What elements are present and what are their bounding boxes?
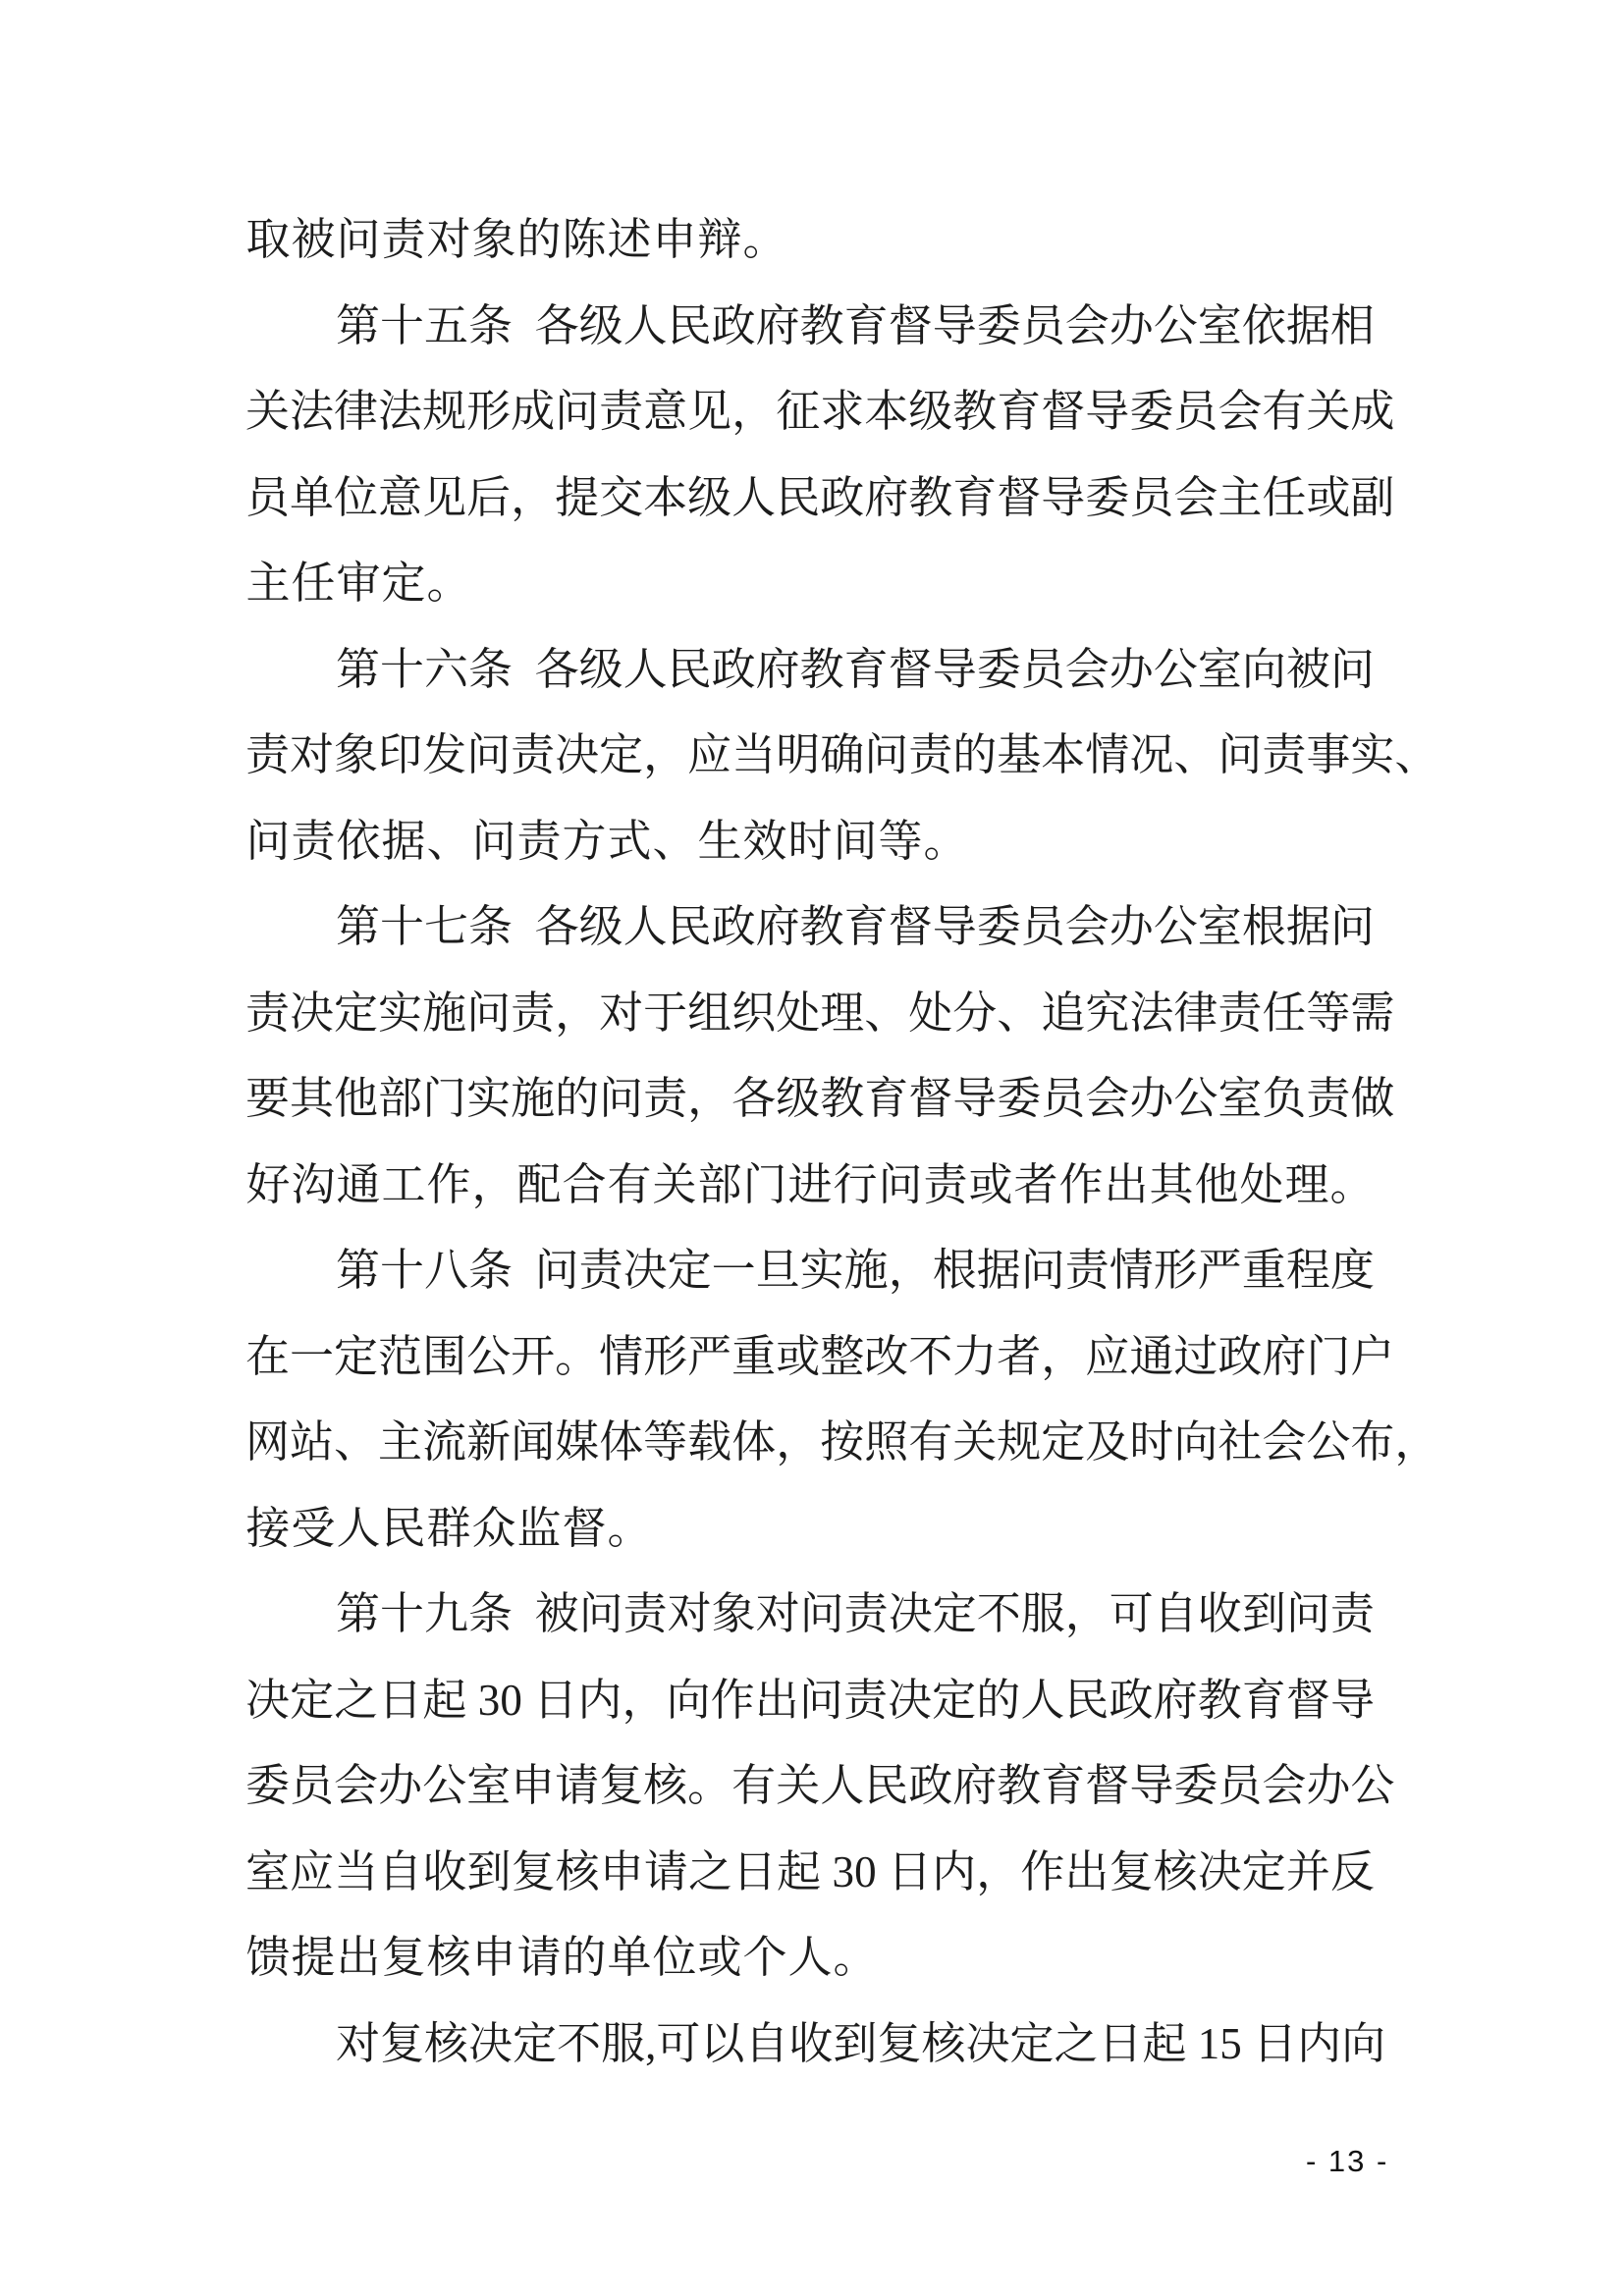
glyph: 问 — [466, 733, 511, 777]
glyph: 决 — [1198, 1850, 1242, 1895]
glyph: 审 — [336, 561, 381, 606]
glyph: 决 — [245, 1679, 290, 1723]
glyph: 委 — [1085, 476, 1129, 520]
glyph: 民 — [776, 476, 820, 520]
glyph: 自 — [744, 2022, 788, 2066]
glyph: 民 — [668, 648, 712, 692]
glyph: 问 — [579, 1592, 623, 1636]
glyph: 问 — [245, 820, 291, 864]
glyph: 向 — [1341, 2022, 1385, 2066]
glyph: 处 — [1239, 1163, 1284, 1207]
glyph: 对 — [426, 218, 471, 262]
glyph: 可 — [1110, 1592, 1154, 1636]
glyph: 取 — [245, 218, 291, 262]
glyph: 八 — [424, 1249, 468, 1293]
glyph: 等 — [1306, 991, 1350, 1036]
glyph: 意 — [378, 476, 422, 520]
glyph: 配 — [516, 1163, 562, 1207]
glyph: 府 — [756, 304, 800, 348]
glyph: 据 — [1286, 304, 1330, 348]
glyph: 作 — [1020, 1850, 1064, 1895]
glyph: 收 — [788, 2022, 833, 2066]
glyph: 有 — [731, 1764, 776, 1808]
glyph: 育 — [864, 1077, 908, 1121]
glyph: ， — [622, 1679, 666, 1723]
glyph: 府 — [756, 648, 800, 692]
glyph: 作 — [1058, 1163, 1104, 1207]
glyph: 人 — [731, 476, 776, 520]
glyph: 府 — [1154, 1679, 1198, 1723]
text-line: 委员会办公室申请复核。有关人民政府教育督导委员会办公 — [245, 1743, 1375, 1830]
glyph: 实 — [800, 1249, 844, 1293]
glyph: 定 — [290, 1679, 334, 1723]
text-line: 第十六条 各级人民政府教育督导委员会办公室向被问 — [245, 627, 1375, 714]
glyph: 依 — [336, 820, 381, 864]
glyph: 应 — [1085, 1335, 1129, 1379]
glyph: 核 — [426, 1936, 471, 1980]
glyph: 负 — [1262, 1077, 1306, 1121]
glyph: 民 — [668, 304, 712, 348]
glyph: 条 — [468, 304, 513, 348]
glyph: 据 — [1286, 905, 1330, 949]
glyph: 之 — [688, 1850, 732, 1895]
glyph: 开 — [511, 1335, 555, 1379]
glyph: 公 — [1350, 1764, 1394, 1808]
glyph: 成 — [1350, 390, 1394, 434]
glyph: 自 — [378, 1850, 422, 1895]
glyph: 对 — [668, 1592, 712, 1636]
glyph: 公 — [1154, 304, 1198, 348]
glyph: ， — [511, 476, 555, 520]
glyph: 日 — [888, 1850, 932, 1895]
glyph: 人 — [623, 905, 668, 949]
glyph: 织 — [731, 991, 776, 1036]
glyph: 级 — [579, 905, 623, 949]
glyph: 其 — [1149, 1163, 1194, 1207]
glyph: 闻 — [511, 1420, 555, 1465]
glyph: 育 — [1041, 1764, 1085, 1808]
glyph: 公 — [1173, 1077, 1218, 1121]
page-number: - 13 - — [1306, 2146, 1384, 2176]
glyph: 的 — [516, 218, 562, 262]
glyph: 各 — [535, 905, 579, 949]
glyph: 等 — [643, 1420, 687, 1465]
glyph: 明 — [776, 733, 820, 777]
glyph: 追 — [1041, 991, 1085, 1036]
glyph: 决 — [889, 1592, 933, 1636]
glyph: 会 — [1065, 304, 1110, 348]
glyph: 问 — [555, 390, 599, 434]
glyph: 受 — [291, 1507, 336, 1551]
glyph: ， — [731, 390, 776, 434]
text-line: 接受人民群众监督。 — [245, 1486, 1375, 1573]
glyph: 第 — [336, 905, 380, 949]
glyph: 到 — [466, 1850, 511, 1895]
glyph: ， — [555, 991, 599, 1036]
glyph — [523, 304, 534, 348]
glyph: 问 — [800, 1592, 844, 1636]
glyph: 过 — [1173, 1335, 1218, 1379]
glyph: 室 — [1218, 1077, 1262, 1121]
glyph: 被 — [291, 218, 336, 262]
glyph: 会 — [1173, 476, 1218, 520]
glyph: 员 — [1218, 1764, 1262, 1808]
glyph: 员 — [245, 476, 290, 520]
glyph: 会 — [1065, 648, 1110, 692]
text-line: 主任审定。 — [245, 541, 1375, 627]
glyph: 作 — [426, 1163, 471, 1207]
glyph: 、 — [334, 1420, 378, 1465]
glyph: 户 — [1350, 1335, 1394, 1379]
glyph: 责 — [511, 991, 555, 1036]
glyph: 责 — [516, 820, 562, 864]
glyph: 请 — [555, 1764, 599, 1808]
glyph: 改 — [864, 1335, 908, 1379]
glyph: 公 — [422, 1764, 466, 1808]
glyph: 相 — [1330, 304, 1375, 348]
glyph: 好 — [245, 1163, 291, 1207]
glyph: 委 — [997, 1077, 1041, 1121]
glyph: 向 — [667, 1679, 711, 1723]
glyph: 流 — [422, 1420, 466, 1465]
glyph: 之 — [334, 1679, 378, 1723]
glyph: 要 — [245, 1077, 290, 1121]
glyph: 条 — [468, 1249, 513, 1293]
glyph: 作 — [711, 1679, 755, 1723]
glyph: 督 — [889, 648, 933, 692]
glyph: 5 — [1219, 2022, 1242, 2066]
glyph: 请 — [516, 1936, 562, 1980]
glyph: 出 — [1104, 1163, 1149, 1207]
glyph: 组 — [687, 991, 731, 1036]
glyph: 律 — [334, 390, 378, 434]
glyph: 定 — [1009, 2022, 1054, 2066]
glyph: 督 — [1085, 1764, 1129, 1808]
glyph: 人 — [820, 1764, 864, 1808]
glyph: 之 — [1055, 2022, 1099, 2066]
glyph: 会 — [1085, 1077, 1129, 1121]
glyph: 自 — [1154, 1592, 1198, 1636]
glyph: 处 — [776, 991, 820, 1036]
glyph: 决 — [468, 2022, 513, 2066]
glyph: 府 — [864, 476, 908, 520]
glyph: 委 — [977, 648, 1021, 692]
glyph: 新 — [466, 1420, 511, 1465]
glyph: 室 — [1198, 905, 1242, 949]
glyph: 府 — [756, 905, 800, 949]
glyph: 象 — [334, 733, 378, 777]
glyph: 关 — [245, 390, 290, 434]
glyph: 会 — [334, 1764, 378, 1808]
glyph: 定 — [1242, 1850, 1286, 1895]
glyph: 。 — [426, 561, 471, 606]
glyph: 督 — [562, 1507, 607, 1551]
glyph: 责 — [643, 1077, 687, 1121]
glyph: 反 — [1330, 1850, 1375, 1895]
glyph: 室 — [1198, 648, 1242, 692]
glyph: 、 — [1394, 733, 1438, 777]
glyph: 3 — [833, 1850, 855, 1895]
glyph: 教 — [908, 476, 952, 520]
glyph: ， — [471, 1163, 516, 1207]
glyph: 部 — [378, 1077, 422, 1121]
glyph: 级 — [687, 476, 731, 520]
glyph: 政 — [820, 476, 864, 520]
glyph — [513, 304, 523, 348]
glyph — [1242, 2022, 1253, 2066]
glyph: 意 — [643, 390, 687, 434]
glyph: 五 — [424, 304, 468, 348]
glyph: 本 — [864, 390, 908, 434]
glyph: 办 — [1306, 1764, 1350, 1808]
glyph: 复 — [380, 2022, 424, 2066]
glyph: 会 — [1262, 1764, 1306, 1808]
glyph: 、 — [997, 991, 1041, 1036]
glyph: 责 — [1306, 1077, 1350, 1121]
glyph: 教 — [800, 905, 844, 949]
glyph: 问 — [336, 218, 381, 262]
glyph: 人 — [623, 304, 668, 348]
glyph: 任 — [291, 561, 336, 606]
glyph: 员 — [1041, 1077, 1085, 1121]
glyph — [523, 648, 534, 692]
glyph: 政 — [1218, 1335, 1262, 1379]
glyph: 关 — [1306, 390, 1350, 434]
glyph: 复 — [512, 1850, 556, 1895]
text-line: 决定之日起 30 日内，向作出问责决定的人民政府教育督导 — [245, 1658, 1375, 1744]
glyph: 育 — [952, 476, 997, 520]
glyph: 形 — [466, 390, 511, 434]
glyph: ， — [976, 1850, 1020, 1895]
glyph: 任 — [1262, 991, 1306, 1036]
text-line: 取被问责对象的陈述申辩。 — [245, 197, 1375, 284]
glyph: 员 — [1129, 476, 1173, 520]
glyph: 载 — [687, 1420, 731, 1465]
glyph: 导 — [933, 905, 977, 949]
glyph: 应 — [687, 733, 731, 777]
glyph: 通 — [336, 1163, 381, 1207]
glyph: 于 — [643, 991, 687, 1036]
glyph: 求 — [820, 390, 864, 434]
glyph: 公 — [1154, 648, 1198, 692]
glyph: 十 — [380, 648, 424, 692]
glyph: 出 — [755, 1679, 799, 1723]
glyph: 员 — [1021, 304, 1065, 348]
glyph: 第 — [336, 304, 380, 348]
glyph — [513, 1249, 523, 1293]
glyph: 被 — [1286, 648, 1330, 692]
glyph: 等 — [878, 820, 923, 864]
glyph: 一 — [712, 1249, 756, 1293]
glyph: 有 — [1262, 390, 1306, 434]
glyph: 教 — [800, 648, 844, 692]
glyph: 他 — [1194, 1163, 1239, 1207]
glyph: 委 — [245, 1764, 290, 1808]
glyph: 法 — [1129, 991, 1173, 1036]
glyph: 复 — [1110, 1850, 1154, 1895]
glyph: 印 — [378, 733, 422, 777]
glyph: 者 — [997, 1335, 1041, 1379]
glyph: 行 — [833, 1163, 878, 1207]
glyph: 公 — [466, 1335, 511, 1379]
glyph: 规 — [997, 1420, 1041, 1465]
glyph: 。 — [1329, 1163, 1375, 1207]
glyph: 需 — [1350, 991, 1394, 1036]
glyph: 复 — [599, 1764, 643, 1808]
glyph: 重 — [731, 1335, 776, 1379]
glyph: 众 — [471, 1507, 516, 1551]
glyph: 者 — [1013, 1163, 1058, 1207]
glyph: ， — [889, 1249, 933, 1293]
glyph: 进 — [787, 1163, 833, 1207]
glyph: 后 — [466, 476, 511, 520]
glyph: 情 — [1085, 733, 1129, 777]
glyph: 内 — [577, 1679, 622, 1723]
glyph: 导 — [1330, 1679, 1375, 1723]
text-line: 第十五条 各级人民政府教育督导委员会办公室依据相 — [245, 284, 1375, 370]
text-line: 好沟通工作，配合有关部门进行问责或者作出其他处理。 — [245, 1143, 1375, 1229]
glyph: 。 — [555, 1335, 599, 1379]
glyph: 办 — [1110, 304, 1154, 348]
glyph: 条 — [468, 1592, 513, 1636]
glyph: 并 — [1286, 1850, 1330, 1895]
glyph: 十 — [380, 1249, 424, 1293]
glyph: 律 — [1173, 991, 1218, 1036]
glyph: 形 — [643, 1335, 687, 1379]
glyph: 人 — [623, 648, 668, 692]
glyph: 各 — [535, 648, 579, 692]
glyph: 主 — [1218, 476, 1262, 520]
glyph: 民 — [864, 1764, 908, 1808]
glyph: 发 — [422, 733, 466, 777]
glyph — [466, 1679, 477, 1723]
glyph: 会 — [1262, 1420, 1306, 1465]
glyph: 征 — [776, 390, 820, 434]
glyph: 关 — [652, 1163, 697, 1207]
glyph: 1 — [1198, 2022, 1220, 2066]
glyph: 定 — [933, 1592, 977, 1636]
glyph: 责 — [844, 1592, 889, 1636]
glyph: 见 — [422, 476, 466, 520]
glyph — [877, 1850, 888, 1895]
glyph: 生 — [697, 820, 742, 864]
text-line: 责对象印发问责决定，应当明确问责的基本情况、问责事实、 — [245, 713, 1375, 799]
glyph: 依 — [1242, 304, 1286, 348]
glyph: 育 — [844, 648, 889, 692]
glyph: 程 — [1286, 1249, 1330, 1293]
glyph: 委 — [977, 905, 1021, 949]
glyph: 复 — [877, 2022, 921, 2066]
glyph: 旦 — [756, 1249, 800, 1293]
glyph: 0 — [854, 1850, 877, 1895]
glyph: 根 — [933, 1249, 977, 1293]
glyph: 不 — [557, 2022, 601, 2066]
glyph: 沟 — [291, 1163, 336, 1207]
glyph: 室 — [466, 1764, 511, 1808]
glyph: 责 — [381, 218, 426, 262]
glyph: 的 — [952, 733, 997, 777]
glyph: 到 — [1242, 1592, 1286, 1636]
glyph: 社 — [1218, 1420, 1262, 1465]
glyph: 问 — [471, 820, 516, 864]
glyph: 象 — [471, 218, 516, 262]
glyph: 问 — [466, 991, 511, 1036]
text-line: 问责依据、问责方式、生效时间等。 — [245, 799, 1375, 885]
glyph: 门 — [422, 1077, 466, 1121]
glyph: 分 — [952, 991, 997, 1036]
glyph: 问 — [1218, 733, 1262, 777]
glyph: 责 — [245, 991, 290, 1036]
glyph: 第 — [336, 1249, 380, 1293]
text-line: 要其他部门实施的问责，各级教育督导委员会办公室负责做 — [245, 1056, 1375, 1143]
glyph: 收 — [422, 1850, 466, 1895]
glyph: 合 — [562, 1163, 607, 1207]
glyph: 位 — [334, 476, 378, 520]
glyph: 办 — [378, 1764, 422, 1808]
glyph: 有 — [607, 1163, 652, 1207]
glyph: 民 — [1064, 1679, 1109, 1723]
glyph: 教 — [997, 1764, 1041, 1808]
glyph: 责 — [1262, 733, 1306, 777]
glyph: 。 — [833, 1936, 878, 1980]
glyph — [523, 905, 534, 949]
glyph: 本 — [643, 476, 687, 520]
glyph: 教 — [952, 390, 997, 434]
glyph: 情 — [1110, 1249, 1154, 1293]
glyph: ， — [776, 1420, 820, 1465]
glyph: 教 — [820, 1077, 864, 1121]
glyph: 理 — [820, 991, 864, 1036]
glyph: 问 — [1286, 1592, 1330, 1636]
glyph: 当 — [334, 1850, 378, 1895]
glyph: ， — [687, 1077, 731, 1121]
glyph: 督 — [1041, 390, 1085, 434]
glyph: 辩 — [697, 218, 742, 262]
glyph: 责 — [579, 1249, 623, 1293]
glyph: ， — [1394, 1420, 1438, 1465]
glyph: 度 — [1330, 1249, 1375, 1293]
glyph: 级 — [579, 304, 623, 348]
glyph: 效 — [742, 820, 787, 864]
glyph: 关 — [776, 1764, 820, 1808]
glyph: 责 — [1330, 1592, 1375, 1636]
glyph: 育 — [997, 390, 1041, 434]
glyph: 导 — [933, 648, 977, 692]
glyph: 式 — [607, 820, 652, 864]
glyph: 时 — [787, 820, 833, 864]
glyph: 定 — [334, 991, 378, 1036]
glyph: 究 — [1085, 991, 1129, 1036]
glyph: 第 — [336, 648, 380, 692]
glyph: 关 — [952, 1420, 997, 1465]
glyph: 一 — [290, 1335, 334, 1379]
text-line: 室应当自收到复核申请之日起 30 日内，作出复核决定并反 — [245, 1830, 1375, 1916]
glyph: 府 — [1262, 1335, 1306, 1379]
glyph: 起 — [422, 1679, 466, 1723]
glyph: 定 — [334, 1335, 378, 1379]
glyph: 员 — [1021, 905, 1065, 949]
glyph: 问 — [599, 1077, 643, 1121]
glyph: 日 — [1253, 2022, 1297, 2066]
glyph: 申 — [471, 1936, 516, 1980]
glyph: 向 — [1242, 648, 1286, 692]
glyph: 见 — [687, 390, 731, 434]
text-line: 关法律法规形成问责意见，征求本级教育督导委员会有关成 — [245, 369, 1375, 455]
text-line: 网站、主流新闻媒体等载体，按照有关规定及时向社会公布， — [245, 1400, 1375, 1486]
glyph: ， — [1041, 1335, 1085, 1379]
glyph: 员 — [290, 1764, 334, 1808]
glyph: 象 — [712, 1592, 756, 1636]
